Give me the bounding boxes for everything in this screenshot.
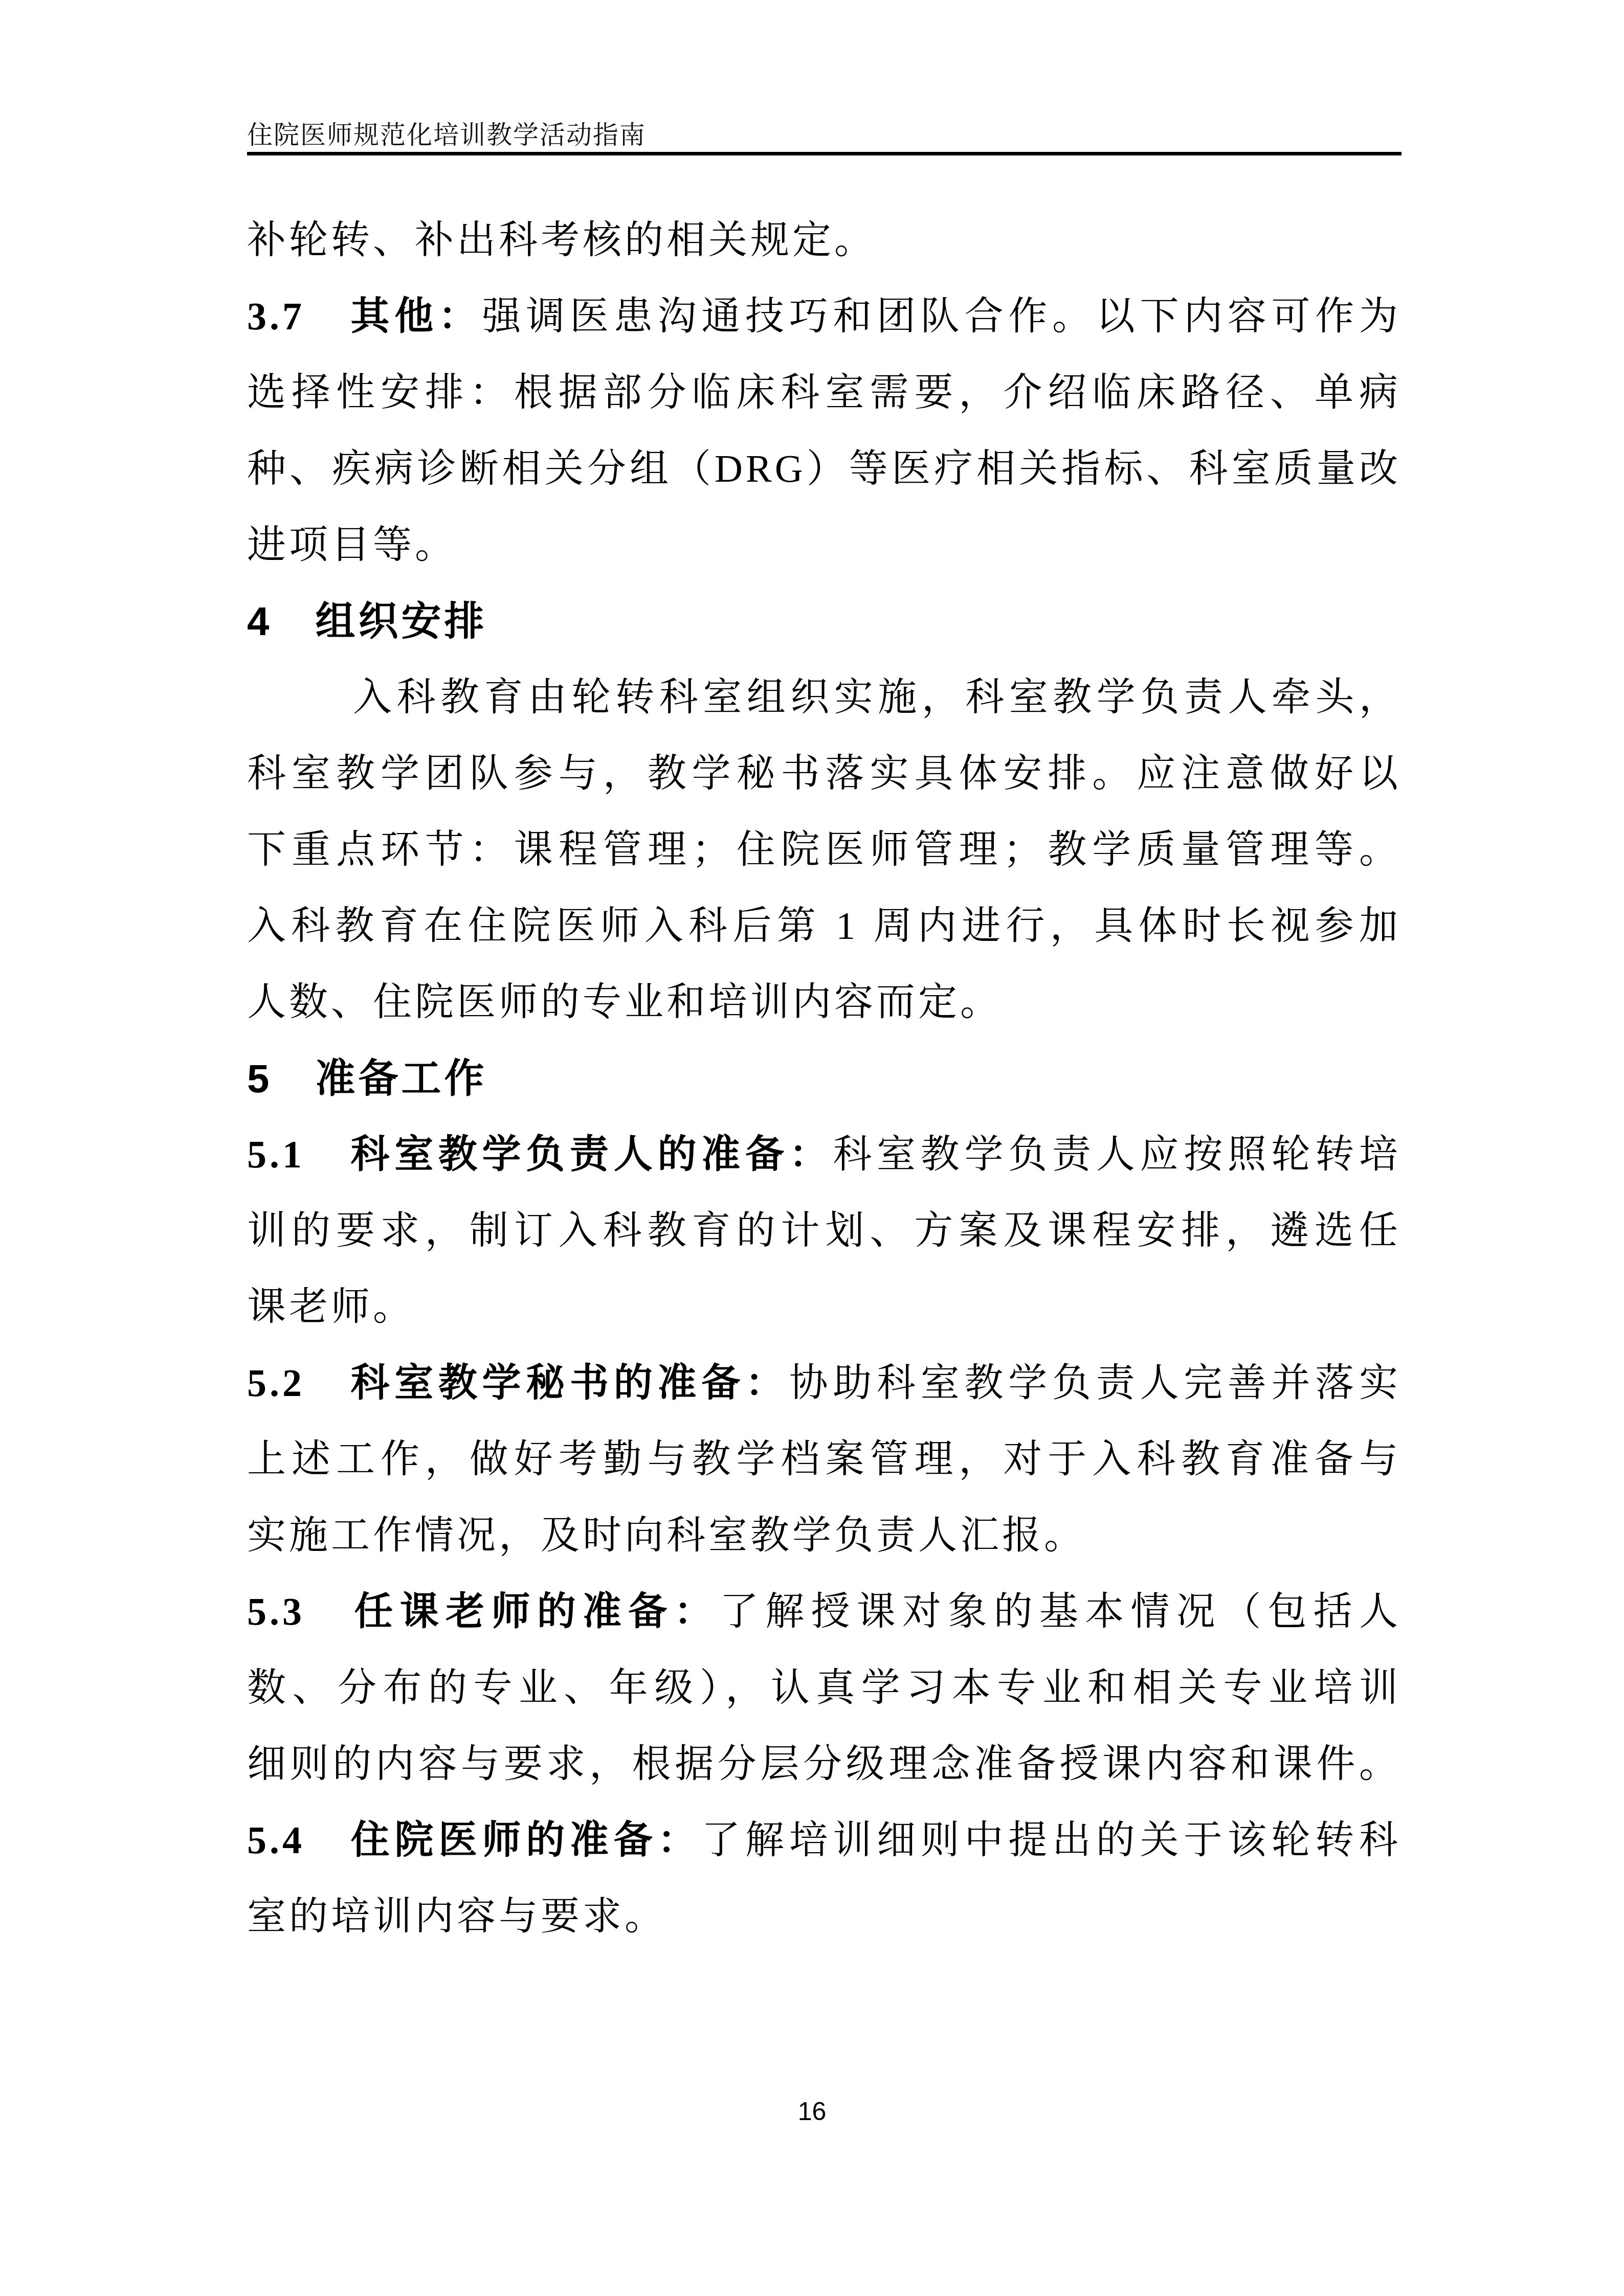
header-title: 住院医师规范化培训教学活动指南: [247, 115, 646, 151]
document-page: 住院医师规范化培训教学活动指南 补轮转、补出科考核的相关规定。 3.7 其他：强…: [0, 0, 1624, 2296]
text-line: 5.1 科室教学负责人的准备：科室教学负责人应按照轮转培: [247, 1117, 1401, 1193]
heading-text: 5 准备工作: [247, 1056, 487, 1101]
section-heading-5: 5 准备工作: [247, 1041, 1401, 1117]
line-text-segment: 协助科室教学负责人完善并落实: [789, 1362, 1401, 1405]
line-text-segment: 人数、住院医师的专业和培训内容而定。: [247, 981, 1002, 1024]
line-text-segment: 入科教育在住院医师入科后第 1 周内进行，具体时长视参加: [247, 905, 1401, 948]
text-line: 补轮转、补出科考核的相关规定。: [247, 202, 1401, 279]
line-text-segment: 了解授课对象的基本情况（包括人: [720, 1590, 1401, 1633]
text-line: 3.7 其他：强调医患沟通技巧和团队合作。以下内容可作为: [247, 279, 1401, 355]
text-line: 下重点环节：课程管理；住院医师管理；教学质量管理等。: [247, 812, 1401, 888]
line-text-segment: 强调医患沟通技巧和团队合作。以下内容可作为: [482, 295, 1401, 338]
line-text-segment: 科室教学团队参与，教学秘书落实具体安排。应注意做好以: [247, 752, 1401, 795]
text-line: 种、疾病诊断相关分组（DRG）等医疗相关指标、科室质量改: [247, 431, 1401, 507]
line-text-segment: 补轮转、补出科考核的相关规定。: [247, 219, 876, 262]
text-line: 训的要求，制订入科教育的计划、方案及课程安排，遴选任: [247, 1193, 1401, 1269]
line-bold-segment: 3.7 其他：: [247, 295, 482, 338]
text-line: 实施工作情况，及时向科室教学负责人汇报。: [247, 1498, 1401, 1574]
line-text-segment: 实施工作情况，及时向科室教学负责人汇报。: [247, 1514, 1086, 1557]
text-line: 进项目等。: [247, 507, 1401, 583]
line-text-segment: 训的要求，制订入科教育的计划、方案及课程安排，遴选任: [247, 1209, 1401, 1252]
line-bold-segment: 5.3 任课老师的准备：: [247, 1590, 720, 1633]
line-bold-segment: 5.2 科室教学秘书的准备：: [247, 1362, 789, 1405]
line-text-segment: 细则的内容与要求，根据分层分级理念准备授课内容和课件。: [247, 1743, 1401, 1786]
line-bold-segment: 5.1 科室教学负责人的准备：: [247, 1133, 833, 1176]
line-text-segment: 室的培训内容与要求。: [247, 1895, 666, 1938]
line-text-segment: 上述工作，做好考勤与教学档案管理，对于入科教育准备与: [247, 1438, 1401, 1481]
line-text-segment: 进项目等。: [247, 524, 457, 567]
text-line: 室的培训内容与要求。: [247, 1879, 1401, 1955]
text-line: 入科教育在住院医师入科后第 1 周内进行，具体时长视参加: [247, 888, 1401, 964]
line-text-segment: 选择性安排：根据部分临床科室需要，介绍临床路径、单病: [247, 371, 1401, 414]
text-line: 5.2 科室教学秘书的准备：协助科室教学负责人完善并落实: [247, 1345, 1401, 1422]
text-line: 5.4 住院医师的准备：了解培训细则中提出的关于该轮转科: [247, 1803, 1401, 1879]
page-number: 16: [0, 2097, 1624, 2126]
section-heading-4: 4 组织安排: [247, 583, 1401, 660]
text-line: 选择性安排：根据部分临床科室需要，介绍临床路径、单病: [247, 355, 1401, 431]
line-text-segment: 了解培训细则中提出的关于该轮转科: [701, 1819, 1401, 1862]
line-text-segment: 课老师。: [247, 1286, 415, 1329]
text-line: 细则的内容与要求，根据分层分级理念准备授课内容和课件。: [247, 1726, 1401, 1803]
text-line: 入科教育由轮转科室组织实施，科室教学负责人牵头，: [247, 660, 1401, 736]
line-text-segment: 科室教学负责人应按照轮转培: [833, 1133, 1401, 1176]
line-text-segment: 种、疾病诊断相关分组（DRG）等医疗相关指标、科室质量改: [247, 447, 1401, 490]
text-line: 课老师。: [247, 1269, 1401, 1345]
text-line: 数、分布的专业、年级），认真学习本专业和相关专业培训: [247, 1650, 1401, 1726]
body-text: 补轮转、补出科考核的相关规定。 3.7 其他：强调医患沟通技巧和团队合作。以下内…: [247, 202, 1401, 1955]
line-text-segment: 数、分布的专业、年级），认真学习本专业和相关专业培训: [247, 1667, 1401, 1709]
text-line: 5.3 任课老师的准备：了解授课对象的基本情况（包括人: [247, 1574, 1401, 1650]
text-line: 科室教学团队参与，教学秘书落实具体安排。应注意做好以: [247, 736, 1401, 812]
heading-text: 4 组织安排: [247, 599, 487, 644]
line-bold-segment: 5.4 住院医师的准备：: [247, 1819, 701, 1862]
text-line: 上述工作，做好考勤与教学档案管理，对于入科教育准备与: [247, 1422, 1401, 1498]
header-rule: [247, 152, 1401, 155]
line-text-segment: 入科教育由轮转科室组织实施，科室教学负责人牵头，: [353, 676, 1401, 719]
text-line: 人数、住院医师的专业和培训内容而定。: [247, 964, 1401, 1041]
line-text-segment: 下重点环节：课程管理；住院医师管理；教学质量管理等。: [247, 828, 1401, 871]
